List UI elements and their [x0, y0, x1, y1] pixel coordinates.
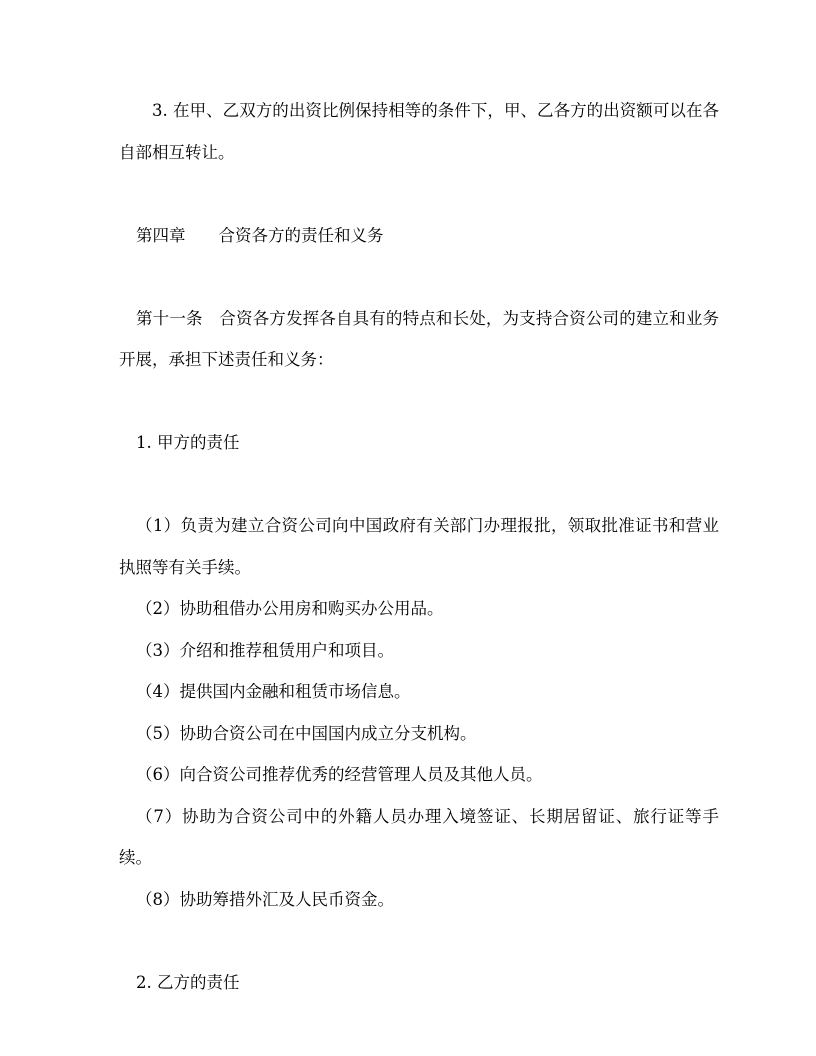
blank-line-4 [119, 464, 719, 506]
party-a-item-6: （6）向合资公司推荐优秀的经营管理人员及其他人员。 [119, 754, 719, 796]
party-b-responsibilities-label: 2. 乙方的责任 [119, 962, 719, 1004]
document-content: 3. 在甲、乙双方的出资比例保持相等的条件下，甲、乙各方的出资额可以在各自部相互… [119, 90, 719, 1003]
party-a-item-2: （2）协助租借办公用房和购买办公用品。 [119, 588, 719, 630]
article-11: 第十一条 合资各方发挥各自具有的特点和长处，为支持合资公司的建立和业务开展，承担… [119, 298, 719, 381]
party-a-item-8: （8）协助筹措外汇及人民币资金。 [119, 879, 719, 921]
party-a-item-7: （7）协助为合资公司中的外籍人员办理入境签证、长期居留证、旅行证等手续。 [119, 796, 719, 879]
chapter-4-heading: 第四章 合资各方的责任和义务 [119, 215, 719, 257]
blank-line-5 [119, 920, 719, 962]
blank-line-2 [119, 256, 719, 298]
blank-line-3 [119, 381, 719, 423]
blank-line-1 [119, 173, 719, 215]
party-a-item-3: （3）介绍和推荐租赁用户和项目。 [119, 630, 719, 672]
party-a-responsibilities-label: 1. 甲方的责任 [119, 422, 719, 464]
party-a-item-4: （4）提供国内金融和租赁市场信息。 [119, 671, 719, 713]
party-a-item-5: （5）协助合资公司在中国国内成立分支机构。 [119, 713, 719, 755]
party-a-item-1: （1）负责为建立合资公司向中国政府有关部门办理报批，领取批准证书和营业执照等有关… [119, 505, 719, 588]
clause-3-capital-transfer: 3. 在甲、乙双方的出资比例保持相等的条件下，甲、乙各方的出资额可以在各自部相互… [119, 90, 719, 173]
document-page: 3. 在甲、乙双方的出资比例保持相等的条件下，甲、乙各方的出资额可以在各自部相互… [0, 0, 816, 1056]
